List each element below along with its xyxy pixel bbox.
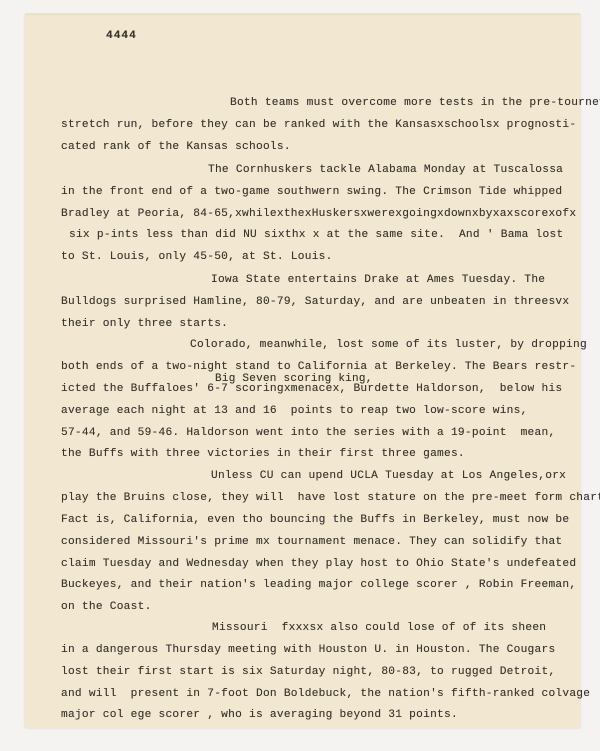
text-line: Missouri fxxxsx also could lose of of it…: [212, 621, 546, 635]
text-line: to St. Louis, only 45-50, at St. Louis.: [61, 250, 333, 264]
text-line: Fact is, California, even tho bouncing t…: [61, 513, 569, 527]
text-line: Colorado, meanwhile, lost some of its lu…: [190, 338, 587, 352]
text-line: average each night at 13 and 16 points t…: [61, 404, 528, 418]
text-line: on the Coast.: [61, 600, 152, 614]
text-line: The Cornhuskers tackle Alabama Monday at…: [208, 163, 563, 177]
page-number: 4444: [106, 29, 137, 43]
text-line: Unless CU can upend UCLA Tuesday at Los …: [211, 469, 566, 483]
text-line: their only three starts.: [61, 317, 228, 331]
text-line: and will present in 7-foot Don Boldebuck…: [61, 687, 590, 701]
text-line: six p-ints less than did NU sixthx x at …: [69, 228, 563, 242]
text-line: major col ege scorer , who is averaging …: [61, 708, 458, 722]
text-line: claim Tuesday and Wednesday when they pl…: [61, 557, 576, 571]
text-line: in a dangerous Thursday meeting with Hou…: [61, 643, 555, 657]
text-line: cated rank of the Kansas schools.: [61, 140, 291, 154]
text-line: 57-44, and 59-46. Haldorson went into th…: [61, 426, 555, 440]
text-line: play the Bruins close, they will have lo…: [61, 491, 600, 505]
text-line: Both teams must overcome more tests in t…: [230, 96, 600, 110]
typewritten-page: 4444 Both teams must overcome more tests…: [25, 14, 580, 728]
text-line: icted the Buffaloes' 6-7 scoringxmenacex…: [61, 382, 562, 396]
text-line: in the front end of a two-game southwern…: [61, 185, 562, 199]
text-line: Iowa State entertains Drake at Ames Tues…: [211, 273, 545, 287]
text-line: Bradley at Peoria, 84-65,xwhilexthexHusk…: [61, 207, 576, 221]
text-line: Buckeyes, and their nation's leading maj…: [61, 578, 576, 592]
text-line: lost their first start is six Saturday n…: [61, 665, 555, 679]
text-line: the Buffs with three victories in their …: [61, 447, 465, 461]
text-line: considered Missouri's prime mx tournamen…: [61, 535, 562, 549]
text-line: stretch run, before they can be ranked w…: [61, 118, 576, 132]
text-line: Bulldogs surprised Hamline, 80-79, Satur…: [61, 295, 569, 309]
